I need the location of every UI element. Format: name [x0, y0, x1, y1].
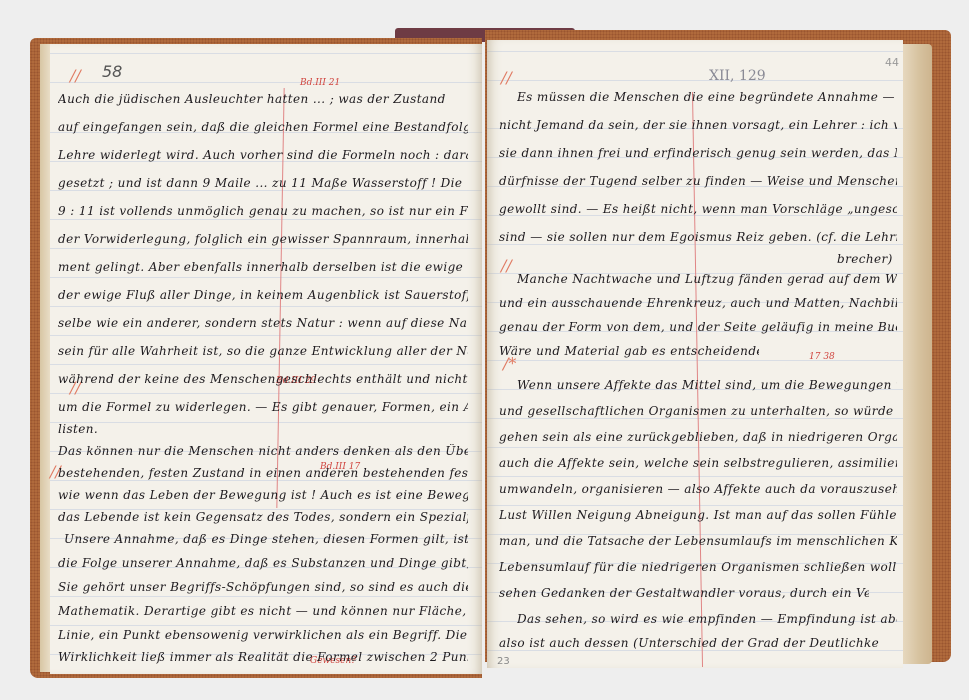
text-line: dürfnisse der Tugend selber zu finden — … — [499, 174, 897, 188]
text-line: wie wenn das Leben der Bewegung ist ! Au… — [58, 488, 468, 502]
text-line: genau der Form von dem, und der Seite ge… — [499, 320, 897, 334]
text-line: der ewige Fluß aller Dinge, in keinem Au… — [58, 288, 468, 302]
text-line: Lebensumlauf für die niedrigeren Organis… — [499, 560, 897, 574]
text-line: selbe wie ein anderer, sondern stets Nat… — [58, 316, 468, 330]
roman-annotation: XII, 129 — [709, 68, 766, 84]
red-annotation: 17 38 — [809, 352, 835, 362]
text-line: während der keine des Menschengeschlecht… — [58, 372, 468, 386]
text-line: Es müssen die Menschen die eine begründe… — [517, 90, 897, 104]
text-line: Wäre und Material gab es entscheidende. — [499, 344, 759, 358]
text-line: ment gelingt. Aber ebenfalls innerhalb d… — [58, 260, 468, 274]
text-line: umwandeln, organisieren — also Affekte a… — [499, 482, 897, 496]
text-line: Manche Nachtwache und Luftzug fänden ger… — [517, 272, 897, 286]
text-line: und gesellschaftlichen Organismen zu unt… — [499, 404, 897, 418]
text-line: Wenn unsere Affekte das Mittel sind, um … — [517, 378, 897, 392]
text-line: gehen sein als eine zurückgeblieben, daß… — [499, 430, 897, 444]
text-line: sind — sie sollen nur dem Egoismus Reiz … — [499, 230, 897, 244]
text-line: Mathematik. Derartige gibt es nicht — un… — [58, 604, 468, 618]
margin-mark: // — [501, 68, 512, 87]
text-line: um die Formel zu widerlegen. — Es gibt g… — [58, 400, 468, 414]
text-line: 9 : 11 ist vollends unmöglich genau zu m… — [58, 204, 468, 218]
text-line: nicht Jemand da sein, der sie ihnen vors… — [499, 118, 897, 132]
text-line: der Vorwiderlegung, folglich ein gewisse… — [58, 232, 468, 246]
text-line: auf eingefangen sein, daß die gleichen F… — [58, 120, 468, 134]
left-page: 58 // // // Bd.III 21 Bd.III 29 Bd.III 1… — [50, 44, 482, 674]
text-line: Linie, ein Punkt ebensowenig verwirklich… — [58, 628, 468, 642]
text-line: gewollt sind. — Es heißt nicht, wenn man… — [499, 202, 897, 216]
right-page-edges — [900, 44, 932, 664]
text-line: Lehre widerlegt wird. Auch vorher sind d… — [58, 148, 468, 162]
text-line: sehen Gedanken der Gestaltwandler voraus… — [499, 586, 869, 600]
text-line: und ein ausschauende Ehrenkreuz, auch un… — [499, 296, 897, 310]
right-page: 44 23 XII, 129 // // /* 17 38 Es müssen … — [487, 40, 903, 668]
text-line: gesetzt ; und ist dann 9 Maile ... zu 11… — [58, 176, 468, 190]
text-line: auch die Affekte sein, welche sein selbs… — [499, 456, 897, 470]
page-number-left: 58 — [102, 62, 122, 81]
margin-mark: // — [501, 256, 512, 275]
page-number-right: 44 — [885, 56, 899, 69]
red-annotation: Bd.III 21 — [300, 78, 340, 88]
text-line: sein für alle Wahrheit ist, so die ganze… — [58, 344, 468, 358]
text-line: listen. — [58, 422, 468, 436]
text-line: sie dann ihnen frei und erfinderisch gen… — [499, 146, 897, 160]
text-line: man, und die Tatsache der Lebensumlaufs … — [499, 534, 897, 548]
text-line: das Lebende ist kein Gegensatz des Todes… — [58, 510, 468, 524]
text-line: Das können nur die Menschen nicht anders… — [58, 444, 468, 458]
text-line: bestehenden, festen Zustand in einen and… — [58, 466, 468, 480]
text-line: Lust Willen Neigung Abneigung. Ist man a… — [499, 508, 897, 522]
text-line: Wirklichkeit ließ immer als Realität die… — [58, 650, 468, 664]
text-line: brecher) — [837, 252, 897, 266]
margin-mark: // — [70, 66, 81, 85]
text-line: Sie gehört unser Begriffs-Schöpfungen si… — [58, 580, 468, 594]
text-line: Das sehen, so wird es wie empfinden — Em… — [517, 612, 897, 626]
text-line: die Folge unserer Annahme, daß es Substa… — [58, 556, 468, 570]
text-line: also ist auch dessen (Unterschied der Gr… — [499, 636, 879, 650]
page-number-bottom: 23 — [497, 656, 510, 667]
text-line: Auch die jüdischen Ausleuchter hatten ..… — [58, 92, 468, 106]
text-line: Unsere Annahme, daß es Dinge stehen, die… — [64, 532, 468, 546]
